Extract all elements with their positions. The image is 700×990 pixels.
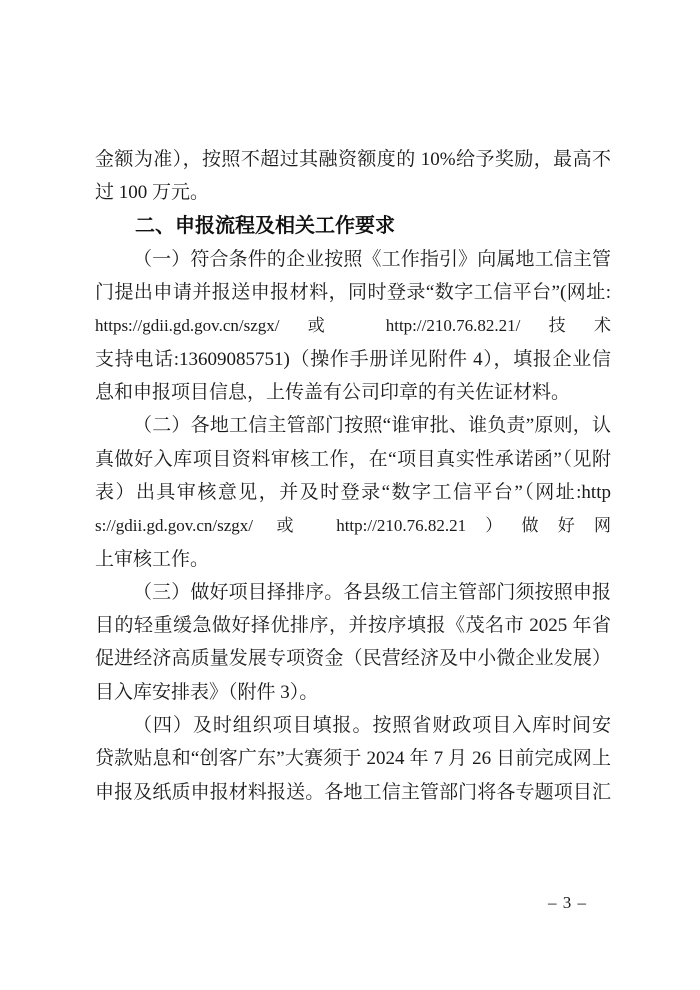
item-2-line-4-url: s://gdii.gd.gov.cn/szgx/ 或 http://210.76… — [95, 509, 611, 542]
item-3-line-2: 目的轻重缓急做好择优排序，并按序填报《茂名市 2025 年省级 — [95, 609, 611, 642]
item-1-line-3-url: https://gdii.gd.gov.cn/szgx/或 http://210… — [95, 309, 611, 342]
document-body: 金额为准），按照不超过其融资额度的 10%给予奖励，最高不超 过 100 万元。… — [95, 143, 611, 809]
item-1-line-1: （一）符合条件的企业按照《工作指引》向属地工信主管部 — [95, 243, 611, 276]
para-reward-continuation-line-2: 过 100 万元。 — [95, 176, 611, 209]
item-2-line-3: 表）出具审核意见，并及时登录“数字工信平台”（网址:http — [95, 476, 611, 509]
item-2-line-5: 上审核工作。 — [95, 543, 611, 576]
item-3-line-1: （三）做好项目择排序。各县级工信主管部门须按照申报项 — [95, 576, 611, 609]
item-2-line-1: （二）各地工信主管部门按照“谁审批、谁负责”原则，认 — [95, 409, 611, 442]
section-2-heading: 二、申报流程及相关工作要求 — [95, 210, 611, 243]
para-reward-continuation-line-1: 金额为准），按照不超过其融资额度的 10%给予奖励，最高不超 — [95, 143, 611, 176]
item-3-line-4: 目入库安排表》（附件 3）。 — [95, 676, 611, 709]
item-1-line-2: 门提出申请并报送申报材料，同时登录“数字工信平台”(网址: — [95, 276, 611, 309]
item-1-line-4: 支持电话:13609085751)（操作手册详见附件 4），填报企业信 — [95, 343, 611, 376]
page-number: – 3 – — [548, 893, 587, 913]
item-1-line-5: 息和申报项目信息，上传盖有公司印章的有关佐证材料。 — [95, 376, 611, 409]
item-4-line-1: （四）及时组织项目填报。按照省财政项目入库时间安排， — [95, 709, 611, 742]
item-4-line-2: 贷款贴息和“创客广东”大赛须于 2024 年 7 月 26 日前完成网上 — [95, 742, 611, 775]
document-page: 金额为准），按照不超过其融资额度的 10%给予奖励，最高不超 过 100 万元。… — [0, 0, 700, 990]
item-4-line-3: 申报及纸质申报材料报送。各地工信主管部门将各专题项目汇总 — [95, 776, 611, 809]
item-3-line-3: 促进经济高质量发展专项资金（民营经济及中小微企业发展）项 — [95, 642, 611, 675]
item-2-line-2: 真做好入库项目资料审核工作，在“项目真实性承诺函”（见附 — [95, 443, 611, 476]
